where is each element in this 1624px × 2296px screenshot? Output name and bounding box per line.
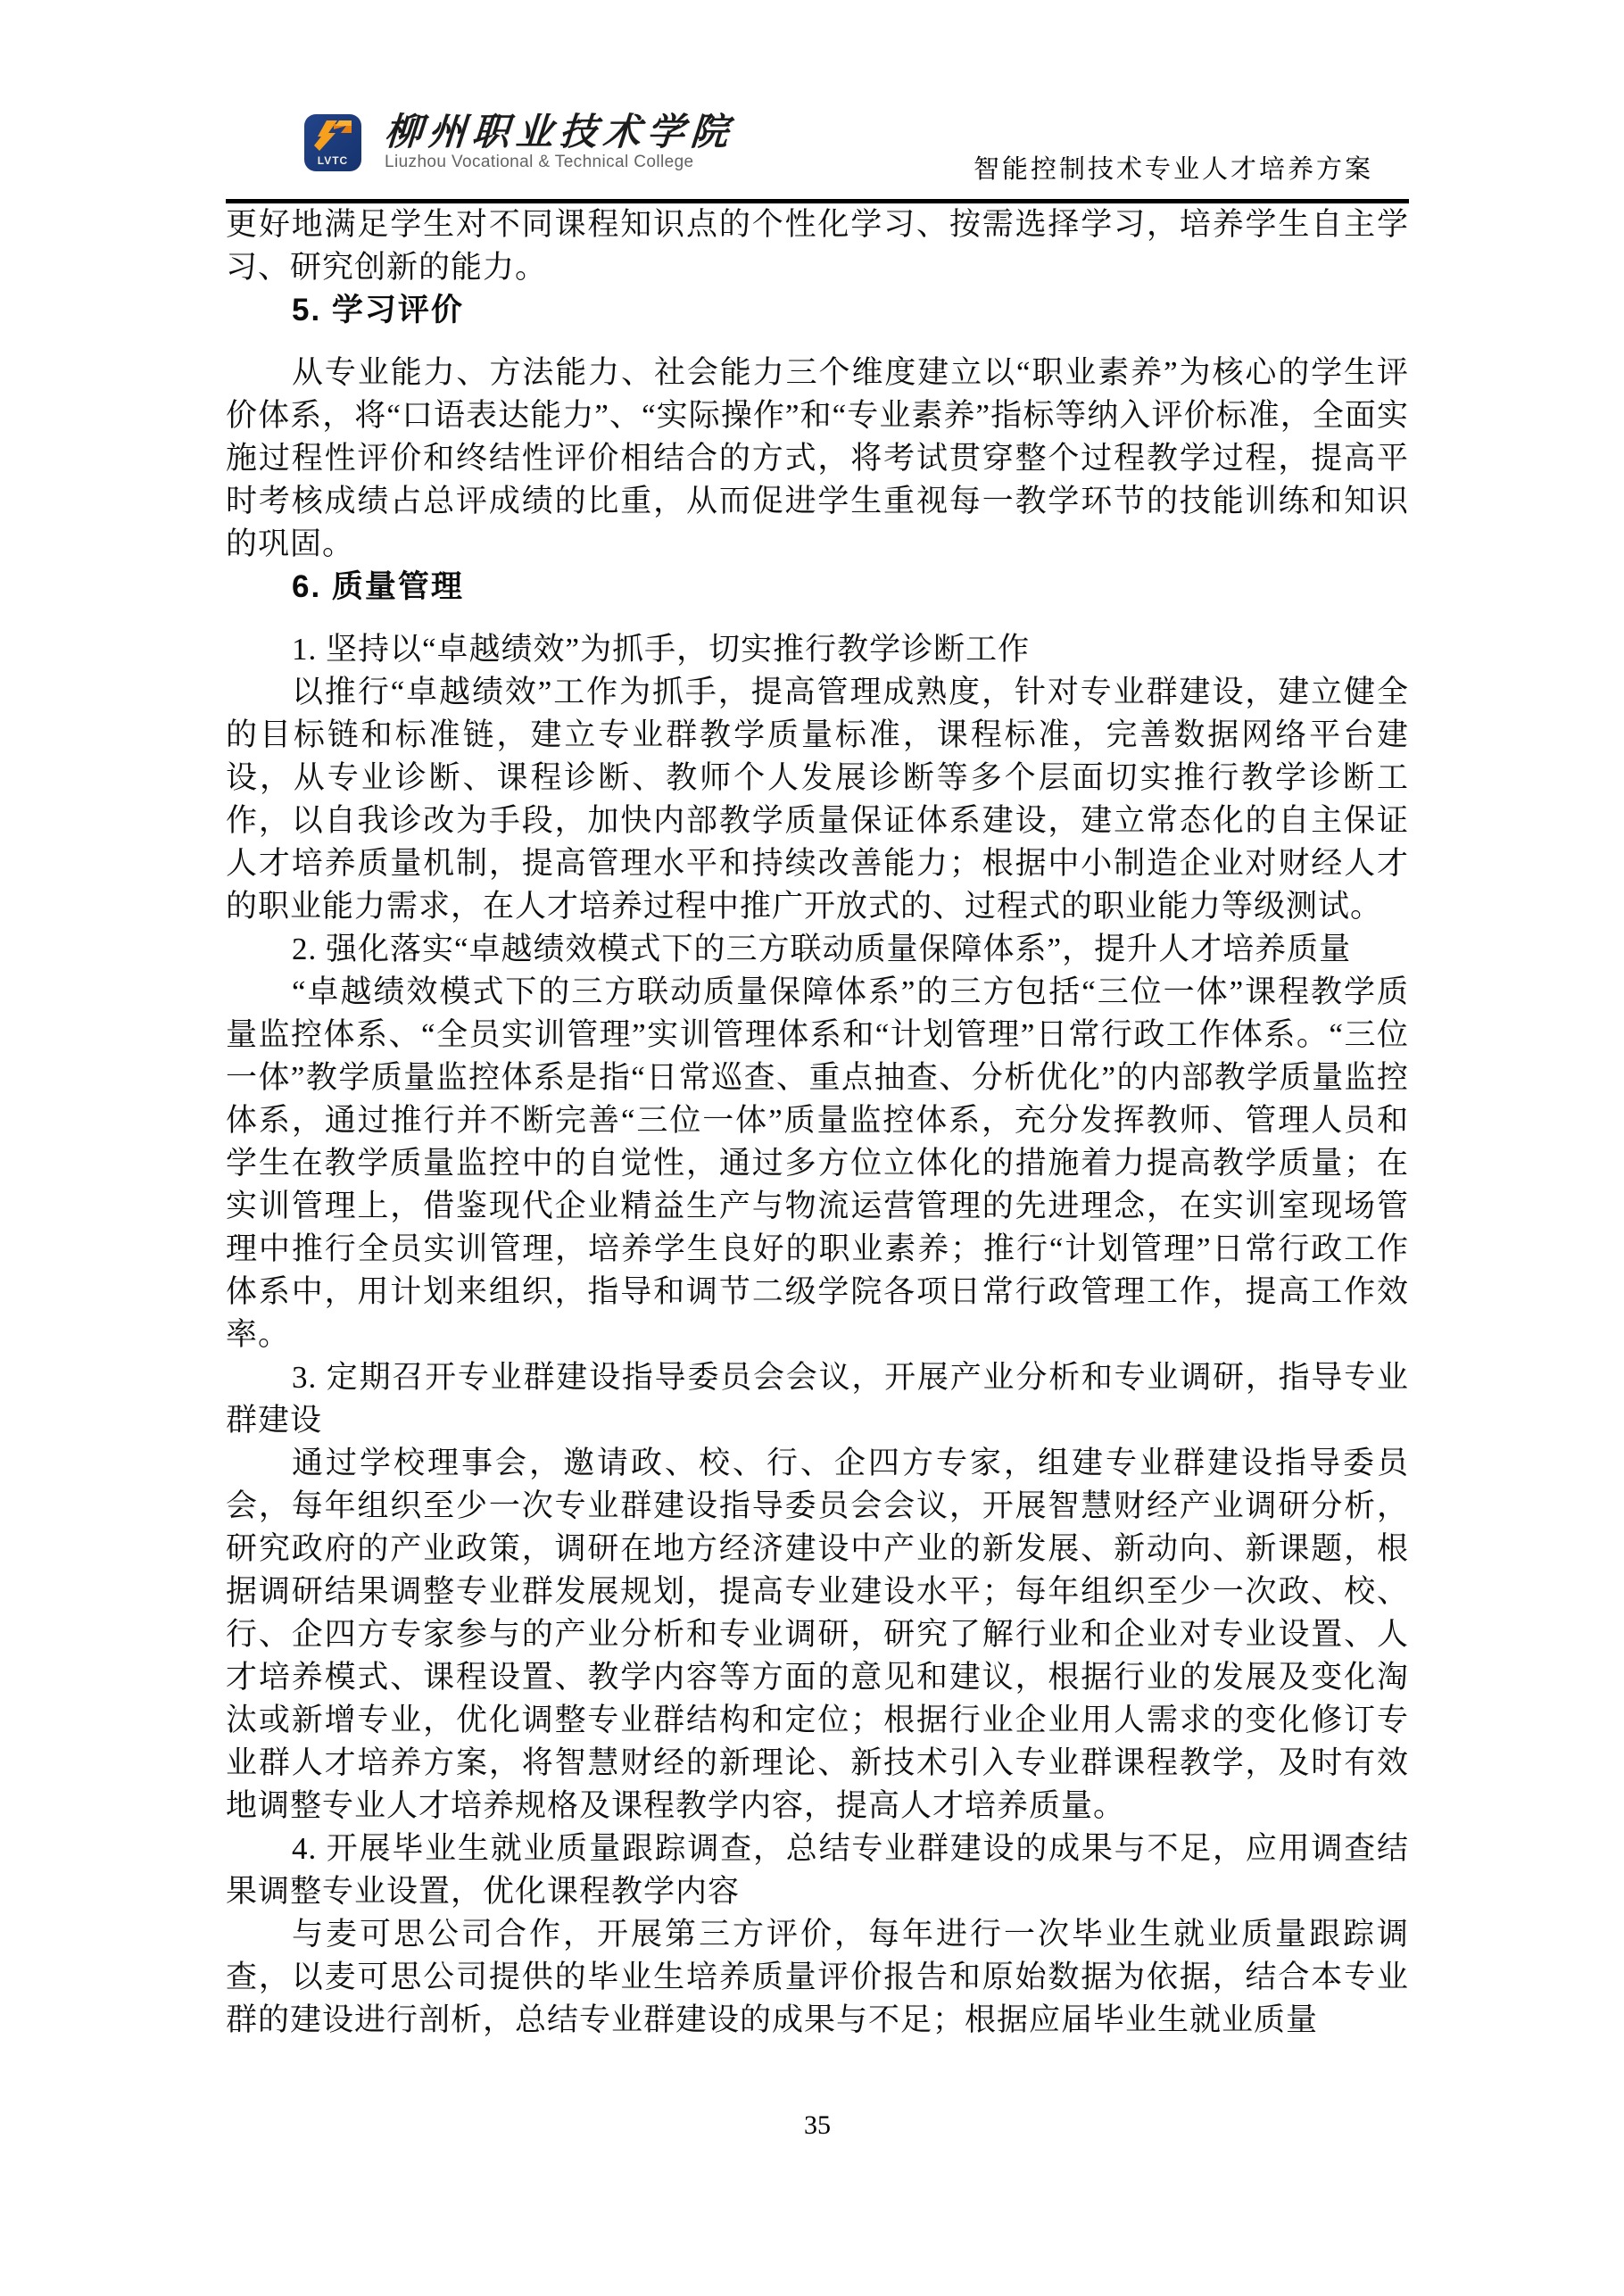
paragraph-item4-body: 与麦可思公司合作，开展第三方评价，每年进行一次毕业生就业质量跟踪调查，以麦可思公… bbox=[226, 1913, 1409, 2042]
document-body: 更好地满足学生对不同课程知识点的个性化学习、按需选择学习，培养学生自主学习、研究… bbox=[226, 203, 1409, 2042]
college-logo: LVTC bbox=[304, 114, 361, 171]
paragraph-item1-title: 1. 坚持以“卓越绩效”为抓手，切实推行教学诊断工作 bbox=[226, 628, 1409, 671]
college-name-english: Liuzhou Vocational & Technical College bbox=[385, 152, 734, 173]
paragraph-evaluation-system: 从专业能力、方法能力、社会能力三个维度建立以“职业素养”为核心的学生评价体系，将… bbox=[226, 352, 1409, 566]
college-brand: LVTC 柳州职业技术学院 Liuzhou Vocational & Techn… bbox=[304, 112, 734, 173]
paragraph-item4-title: 4. 开展毕业生就业质量跟踪调查，总结专业群建设的成果与不足，应用调查结果调整专… bbox=[226, 1828, 1409, 1913]
college-names: 柳州职业技术学院 Liuzhou Vocational & Technical … bbox=[385, 112, 734, 173]
document-title: 智能控制技术专业人才培养方案 bbox=[974, 149, 1373, 186]
document-page: LVTC 柳州职业技术学院 Liuzhou Vocational & Techn… bbox=[0, 0, 1624, 2296]
page-footer: 35 bbox=[226, 2108, 1409, 2143]
paragraph-item1-body: 以推行“卓越绩效”工作为抓手，提高管理成熟度，针对专业群建设，建立健全的目标链和… bbox=[226, 671, 1409, 928]
paragraph-item2-title: 2. 强化落实“卓越绩效模式下的三方联动质量保障体系”，提升人才培养质量 bbox=[226, 928, 1409, 971]
paragraph-item3-body: 通过学校理事会，邀请政、校、行、企四方专家，组建专业群建设指导委员会，每年组织至… bbox=[226, 1442, 1409, 1828]
paragraph-continued-learning: 更好地满足学生对不同课程知识点的个性化学习、按需选择学习，培养学生自主学习、研究… bbox=[226, 203, 1409, 289]
page-header: LVTC 柳州职业技术学院 Liuzhou Vocational & Techn… bbox=[226, 105, 1409, 195]
paragraph-item2-body: “卓越绩效模式下的三方联动质量保障体系”的三方包括“三位一体”课程教学质量监控体… bbox=[226, 971, 1409, 1356]
heading-5-learning-evaluation: 5. 学习评价 bbox=[226, 289, 1409, 332]
college-name-chinese: 柳州职业技术学院 bbox=[383, 112, 735, 152]
logo-abbr-label: LVTC bbox=[304, 154, 361, 167]
paragraph-item3-title: 3. 定期召开专业群建设指导委员会会议，开展产业分析和专业调研，指导专业群建设 bbox=[226, 1356, 1409, 1442]
page-number: 35 bbox=[804, 2110, 831, 2140]
heading-6-quality-management: 6. 质量管理 bbox=[226, 566, 1409, 609]
